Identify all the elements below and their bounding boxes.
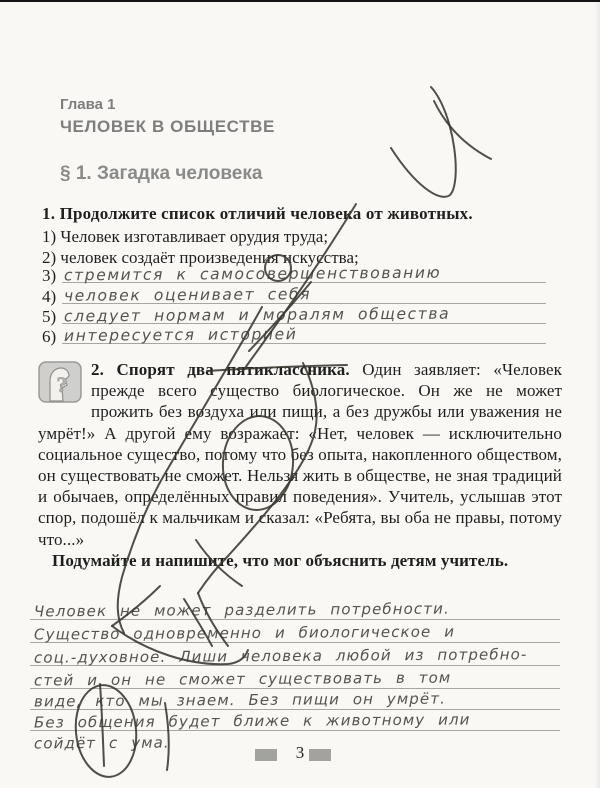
chapter-title: ЧЕЛОВЕК В ОБЩЕСТВЕ [60,117,275,137]
item-number: 5) [42,307,56,327]
footer-ornament [309,749,331,761]
exercise2-body: Один заявляет: «Человек прежде всего сущ… [38,360,562,549]
item-number: 2) [42,248,56,267]
handwritten-answer: Без общения будет ближе к животному или [34,710,471,731]
pen-stroke [391,87,456,197]
section-title: § 1. Загадка человека [60,163,262,185]
handwritten-answer: виде, кто мы знаем. Без пищи он умрёт. [34,690,446,711]
handwritten-answer: Человек не может разделить потребности. [34,600,450,621]
exercise2-text: 2. Спорят два пятиклассника. Один заявля… [38,359,562,550]
handwritten-answer: следует нормам и моралям общества [64,305,450,326]
svg-text:?: ? [56,372,67,397]
handwritten-answer: интересуется историей [64,325,298,345]
thinking-question-icon: ? [38,361,82,403]
handwritten-answer: сойдёт с ума. [34,734,170,753]
list-item-printed: 1) Человек изготавливает орудия труда; [42,227,328,247]
handwritten-answer: стремится к самосовершенствованию [64,264,441,285]
page-shadow [594,0,600,788]
item-number: 6) [42,327,56,347]
exercise2-prompt: Подумайте и напишите, что мог объяснить … [38,550,562,571]
footer-ornament [255,749,277,761]
item-number: 3) [42,266,56,286]
chapter-label: Глава 1 [60,96,116,113]
exercise2-lead: 2. Спорят два пятиклассника. [91,360,350,379]
scan-edge [0,0,600,2]
exercise2-paragraph: ? 2. Спорят два пятиклассника. Один заяв… [38,359,562,571]
handwritten-answer: Существо одновременно и биологическое и [34,623,455,644]
item-number: 1) [42,227,56,246]
handwritten-answer: человек оценивает себя [64,285,311,305]
pen-stroke [434,101,491,159]
exercise1-heading: 1. Продолжите список отличий человека от… [42,204,562,224]
workbook-scanned-page: Глава 1 ЧЕЛОВЕК В ОБЩЕСТВЕ § 1. Загадка … [0,0,600,788]
handwritten-answer: стей и он не сможет существовать в том [34,669,451,690]
item-number: 4) [42,287,56,307]
handwritten-answer: соц.-духовное. Лиши человека любой из по… [34,645,528,666]
item-text: Человек изготавливает орудия труда; [60,227,328,246]
